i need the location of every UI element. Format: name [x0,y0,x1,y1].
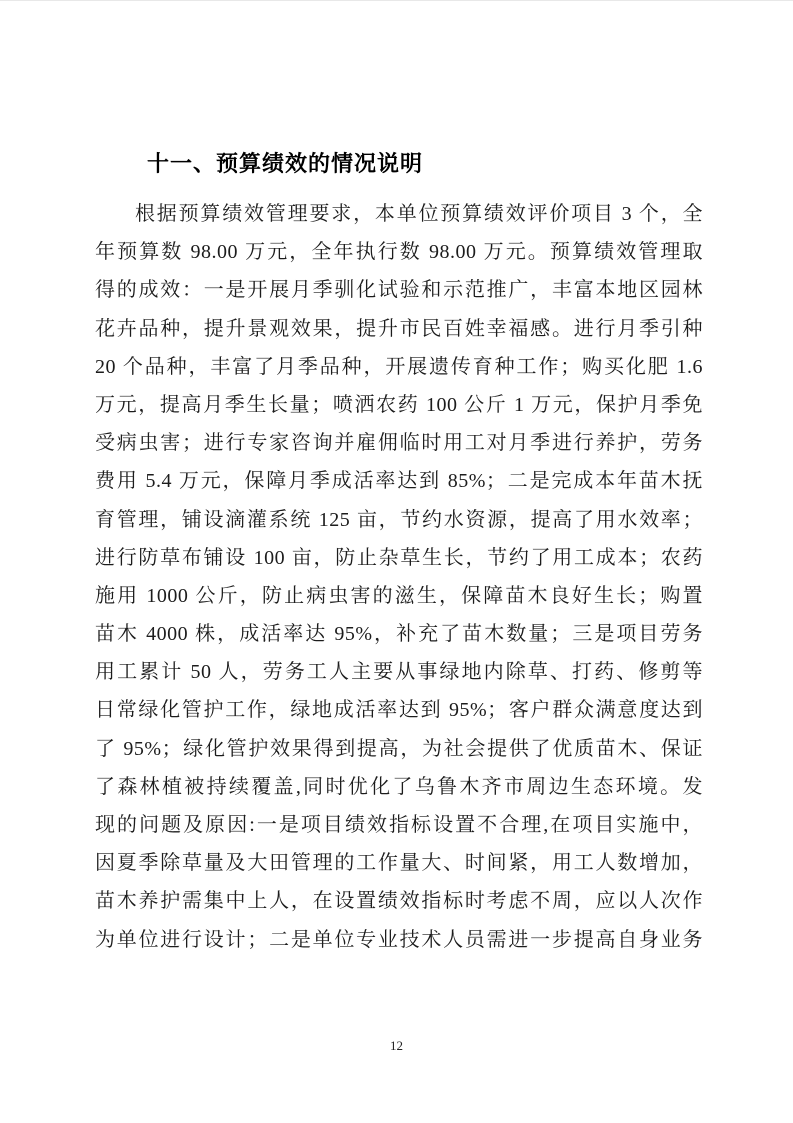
paragraph-line: 花卉品种，提升景观效果，提升市民百姓幸福感。进行月季引种 [95,310,703,348]
page-number: 12 [390,1038,403,1053]
document-page: 十一、预算绩效的情况说明 根据预算绩效管理要求，本单位预算绩效评价项目 3 个，… [0,0,793,1123]
paragraph-line: 受病虫害；进行专家咨询并雇佣临时用工对月季进行养护，劳务 [95,424,703,462]
paragraph-line: 现的问题及原因:一是项目绩效指标设置不合理,在项目实施中， [95,806,703,844]
page-footer: 12 [0,1037,793,1055]
paragraph-line: 根据预算绩效管理要求，本单位预算绩效评价项目 3 个，全 [95,195,703,233]
paragraph-line: 因夏季除草量及大田管理的工作量大、时间紧，用工人数增加， [95,844,703,882]
paragraph-line: 用工累计 50 人，劳务工人主要从事绿地内除草、打药、修剪等 [95,653,703,691]
paragraph-line: 20 个品种，丰富了月季品种，开展遗传育种工作；购买化肥 1.6 [95,348,703,386]
paragraph-line: 了 95%；绿化管护效果得到提高，为社会提供了优质苗木、保证 [95,730,703,768]
paragraph-line: 苗木 4000 株，成活率达 95%，补充了苗木数量；三是项目劳务 [95,615,703,653]
section-heading: 十一、预算绩效的情况说明 [95,148,705,180]
paragraph-line: 进行防草布铺设 100 亩，防止杂草生长，节约了用工成本；农药 [95,539,703,577]
paragraph-line: 施用 1000 公斤，防止病虫害的滋生，保障苗木良好生长；购置 [95,577,703,615]
paragraph-line: 了森林植被持续覆盖,同时优化了乌鲁木齐市周边生态环境。发 [95,768,703,806]
paragraph-line: 万元，提高月季生长量；喷洒农药 100 公斤 1 万元，保护月季免 [95,386,703,424]
paragraph-line: 为单位进行设计；二是单位专业技术人员需进一步提高自身业务 [95,921,703,959]
paragraph-line: 育管理，铺设滴灌系统 125 亩，节约水资源，提高了用水效率； [95,501,703,539]
paragraph-line: 得的成效：一是开展月季驯化试验和示范推广，丰富本地区园林 [95,271,703,309]
body-paragraph: 根据预算绩效管理要求，本单位预算绩效评价项目 3 个，全年预算数 98.00 万… [95,195,703,959]
paragraph-line: 年预算数 98.00 万元，全年执行数 98.00 万元。预算绩效管理取 [95,233,703,271]
paragraph-line: 日常绿化管护工作，绿地成活率达到 95%；客户群众满意度达到 [95,691,703,729]
paragraph-line: 费用 5.4 万元，保障月季成活率达到 85%；二是完成本年苗木抚 [95,462,703,500]
paragraph-line: 苗木养护需集中上人，在设置绩效指标时考虑不周，应以人次作 [95,882,703,920]
